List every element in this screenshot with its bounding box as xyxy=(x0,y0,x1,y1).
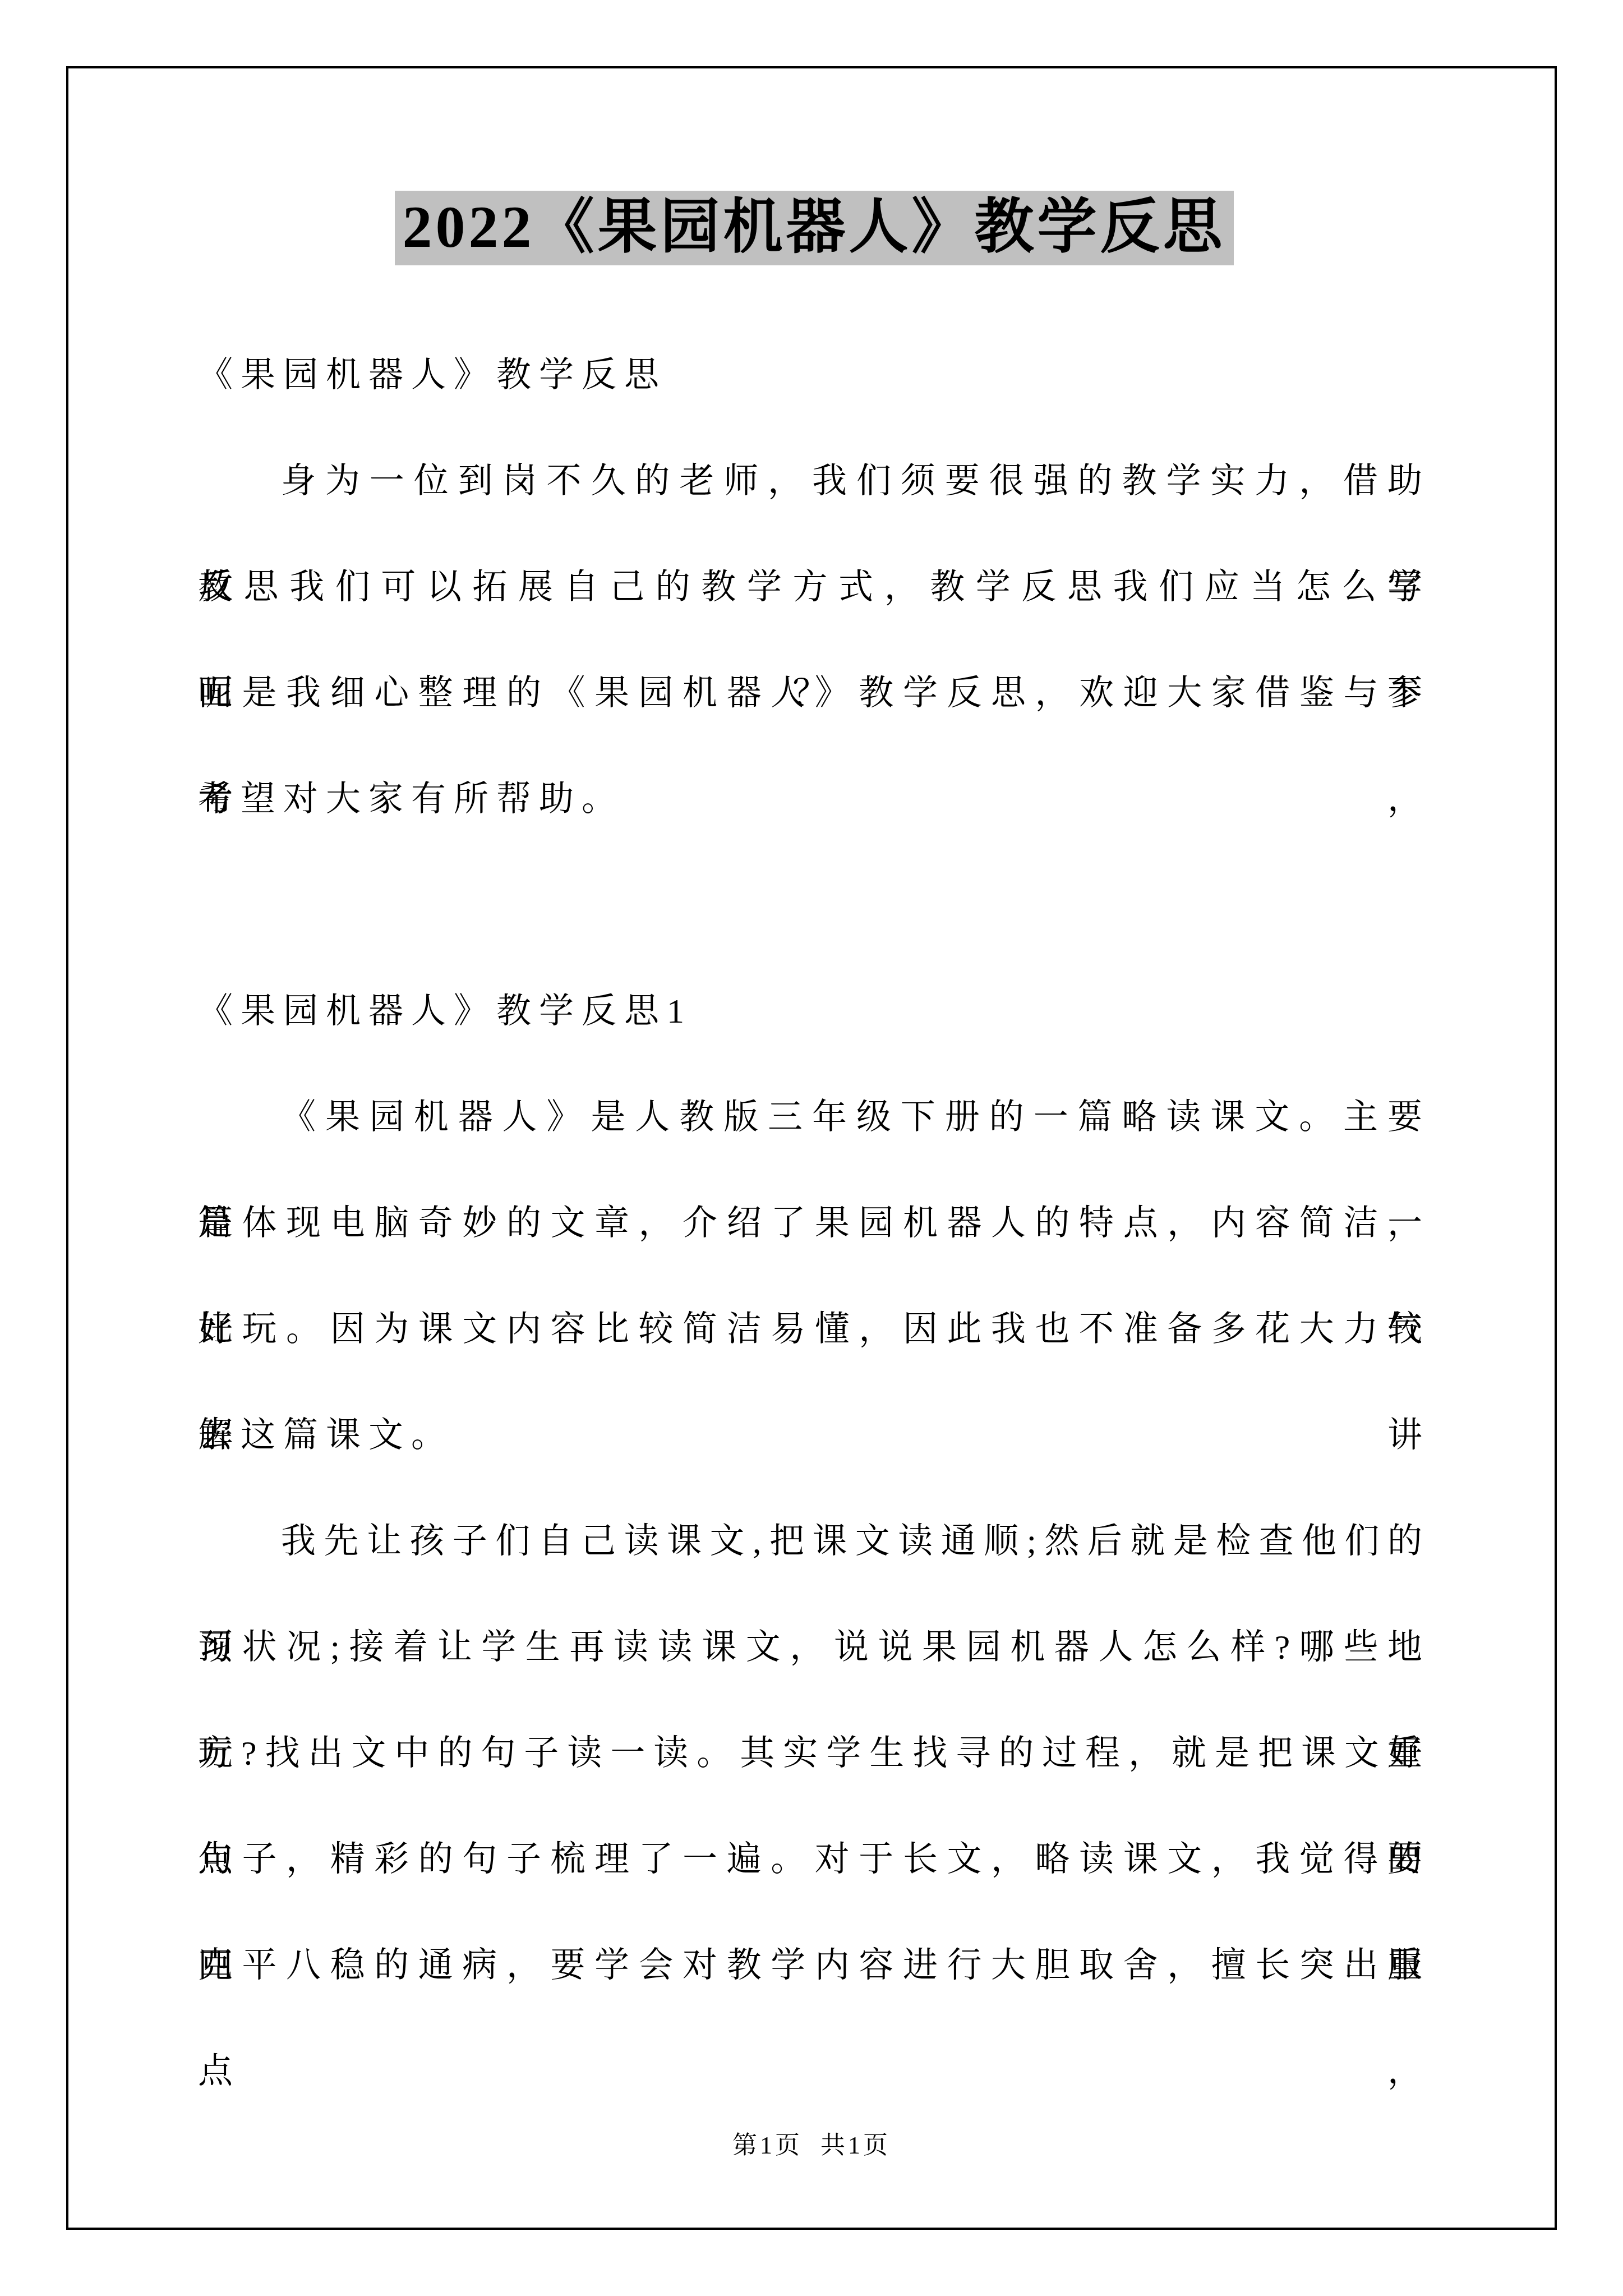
text-line: 玩?找出文中的句子读一读。其实学生找寻的过程，就是把课文重点的 xyxy=(198,1701,1430,1807)
text-line: 习状况;接着让学生再读读课文，说说果园机器人怎么样?哪些地方好 xyxy=(198,1595,1430,1701)
text-line: 好玩。因为课文内容比较简洁易懂，因此我也不准备多花大力气去讲 xyxy=(198,1277,1430,1383)
text-line: 我先让孩子们自己读课文,把课文读通顺;然后就是检查他们的预 xyxy=(198,1489,1430,1595)
page-number: 第1页 共1页 xyxy=(732,2132,891,2159)
text-line: 篇体现电脑奇妙的文章，介绍了果园机器人的特点，内容简洁，比较 xyxy=(198,1171,1430,1277)
text-line: 《果园机器人》是人教版三年级下册的一篇略读课文。主要是一 xyxy=(198,1065,1430,1171)
document-page: 2022《果园机器人》教学反思 《果园机器人》教学反思身为一位到岗不久的老师，我… xyxy=(0,0,1623,2296)
document-title: 2022《果园机器人》教学反思 xyxy=(198,185,1430,269)
page-footer: 第1页 共1页 xyxy=(0,2125,1623,2161)
text-line: 身为一位到岗不久的老师，我们须要很强的教学实力，借助教学 xyxy=(198,429,1430,535)
text-line: 《果园机器人》教学反思 xyxy=(198,323,1430,429)
text-line: 反思我们可以拓展自己的教学方式，教学反思我们应当怎么写呢？下 xyxy=(198,535,1430,641)
page-content: 2022《果园机器人》教学反思 《果园机器人》教学反思身为一位到岗不久的老师，我… xyxy=(198,0,1430,2019)
text-line: 面是我细心整理的《果园机器人》教学反思，欢迎大家借鉴与参考， xyxy=(198,641,1430,747)
body-text: 《果园机器人》教学反思身为一位到岗不久的老师，我们须要很强的教学实力，借助教学反… xyxy=(198,323,1430,2019)
text-line: 句子，精彩的句子梳理了一遍。对于长文，略读课文，我觉得要克服 xyxy=(198,1807,1430,1913)
text-line: 四平八稳的通病，要学会对教学内容进行大胆取舍，擅长突出重点， xyxy=(198,1913,1430,2019)
text-line: 《果园机器人》教学反思1 xyxy=(198,959,1430,1065)
title-highlight: 2022《果园机器人》教学反思 xyxy=(395,191,1234,265)
